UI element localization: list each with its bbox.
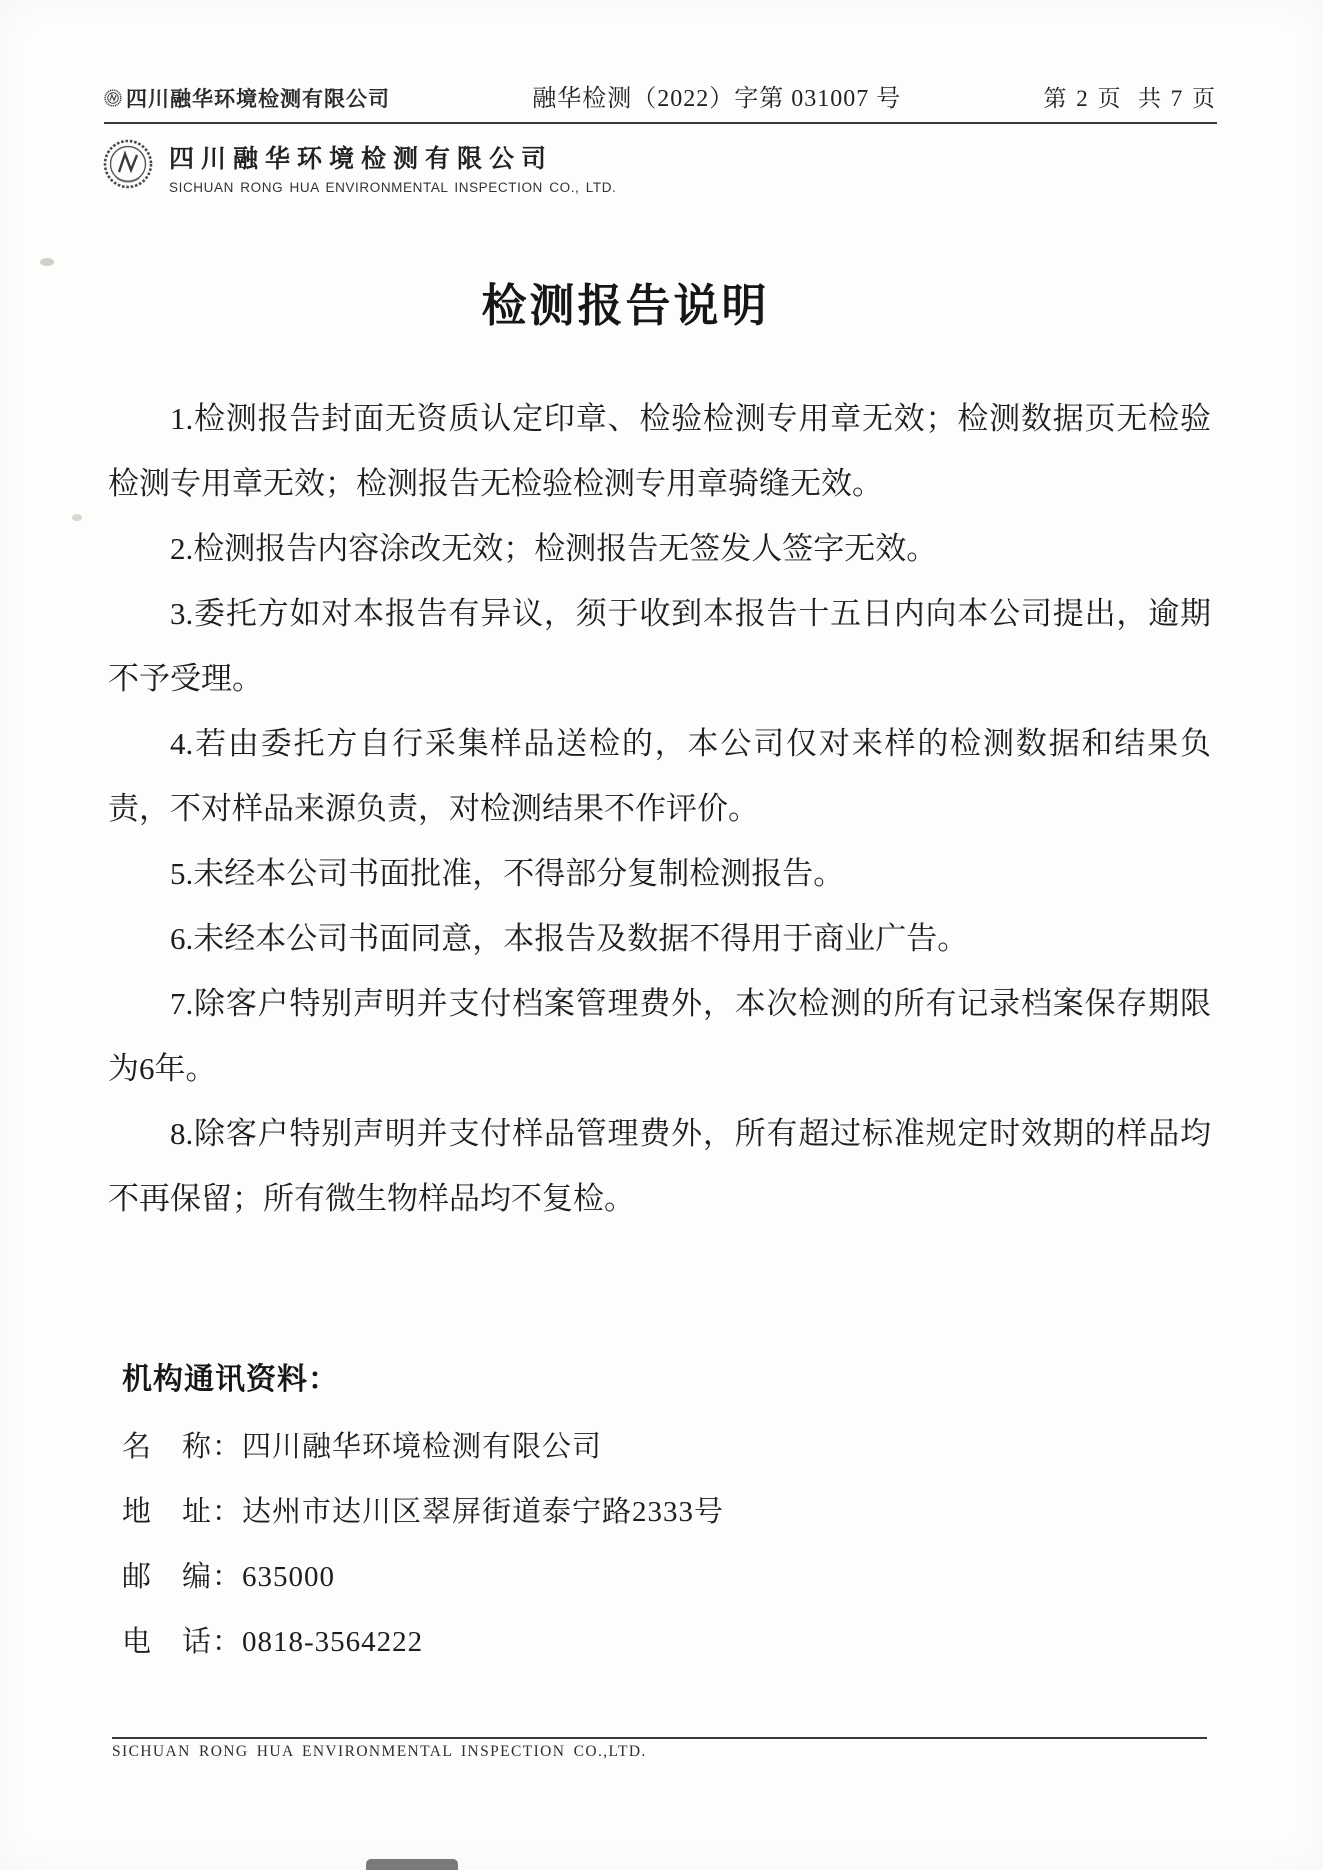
note-paragraph-1: 1.检测报告封面无资质认定印章、检验检测专用章无效；检测数据页无检验检测专用章无… — [108, 386, 1211, 516]
scan-artifact — [72, 514, 82, 521]
contact-label: 邮 编： — [122, 1561, 242, 1593]
contact-label: 地 址： — [122, 1496, 242, 1528]
page-title: 检测报告说明 — [0, 269, 1251, 334]
note-paragraph-8: 8.除客户特别声明并支付样品管理费外，所有超过标准规定时效期的样品均不再保留；所… — [108, 1101, 1211, 1231]
footer-company-name-en: SICHUAN RONG HUA ENVIRONMENTAL INSPECTIO… — [112, 1743, 1207, 1761]
brand-text: 四川融华环境检测有限公司 SICHUAN RONG HUA ENVIRONMEN… — [169, 137, 616, 195]
page-header: 四川融华环境检测有限公司 融华检测（2022）字第 031007 号 第 2 页… — [104, 0, 1217, 124]
scan-artifact — [40, 258, 54, 266]
company-seal-icon — [104, 89, 122, 107]
brand-block: 四川融华环境检测有限公司 SICHUAN RONG HUA ENVIRONMEN… — [102, 137, 1323, 195]
contact-value: 0818-3564222 — [242, 1626, 423, 1658]
contact-row-phone: 电 话：0818-3564222 — [122, 1627, 1211, 1658]
note-paragraph-7: 7.除客户特别声明并支付档案管理费外，本次检测的所有记录档案保存期限为6年。 — [108, 971, 1211, 1101]
note-paragraph-6: 6.未经本公司书面同意，本报告及数据不得用于商业广告。 — [108, 906, 1211, 971]
page-footer: SICHUAN RONG HUA ENVIRONMENTAL INSPECTIO… — [112, 1737, 1207, 1761]
brand-company-name-cn: 四川融华环境检测有限公司 — [169, 139, 616, 175]
contact-label: 电 话： — [122, 1626, 242, 1658]
contact-section: 机构通讯资料： 名 称：四川融华环境检测有限公司 地 址：达州市达川区翠屏街道泰… — [122, 1354, 1211, 1658]
contact-value: 四川融华环境检测有限公司 — [242, 1431, 602, 1463]
contact-label: 名 称： — [122, 1431, 242, 1463]
note-paragraph-4: 4.若由委托方自行采集样品送检的，本公司仅对来样的检测数据和结果负责，不对样品来… — [108, 711, 1211, 841]
note-paragraph-2: 2.检测报告内容涂改无效；检测报告无签发人签字无效。 — [108, 516, 1211, 581]
note-paragraph-3: 3.委托方如对本报告有异议，须于收到本报告十五日内向本公司提出，逾期不予受理。 — [108, 581, 1211, 711]
company-seal-icon — [102, 137, 154, 191]
note-paragraph-5: 5.未经本公司书面批准，不得部分复制检测报告。 — [108, 841, 1211, 906]
contact-value: 达州市达川区翠屏街道泰宁路2333号 — [242, 1496, 724, 1528]
scan-artifact — [366, 1859, 458, 1870]
header-page-info: 第 2 页 共 7 页 — [1044, 80, 1218, 113]
report-page: 四川融华环境检测有限公司 融华检测（2022）字第 031007 号 第 2 页… — [0, 0, 1323, 1870]
header-report-number: 融华检测（2022）字第 031007 号 — [532, 78, 901, 113]
brand-company-name-en: SICHUAN RONG HUA ENVIRONMENTAL INSPECTIO… — [169, 180, 616, 195]
notes-section: 1.检测报告封面无资质认定印章、检验检测专用章无效；检测数据页无检验检测专用章无… — [108, 386, 1211, 1231]
contact-row-name: 名 称：四川融华环境检测有限公司 — [122, 1432, 1211, 1463]
contact-row-postcode: 邮 编：635000 — [122, 1562, 1211, 1593]
header-company-name: 四川融华环境检测有限公司 — [126, 83, 390, 113]
header-company: 四川融华环境检测有限公司 — [104, 83, 390, 113]
contact-row-address: 地 址：达州市达川区翠屏街道泰宁路2333号 — [122, 1497, 1211, 1528]
contact-heading: 机构通讯资料： — [122, 1354, 1211, 1398]
contact-value: 635000 — [242, 1561, 335, 1593]
